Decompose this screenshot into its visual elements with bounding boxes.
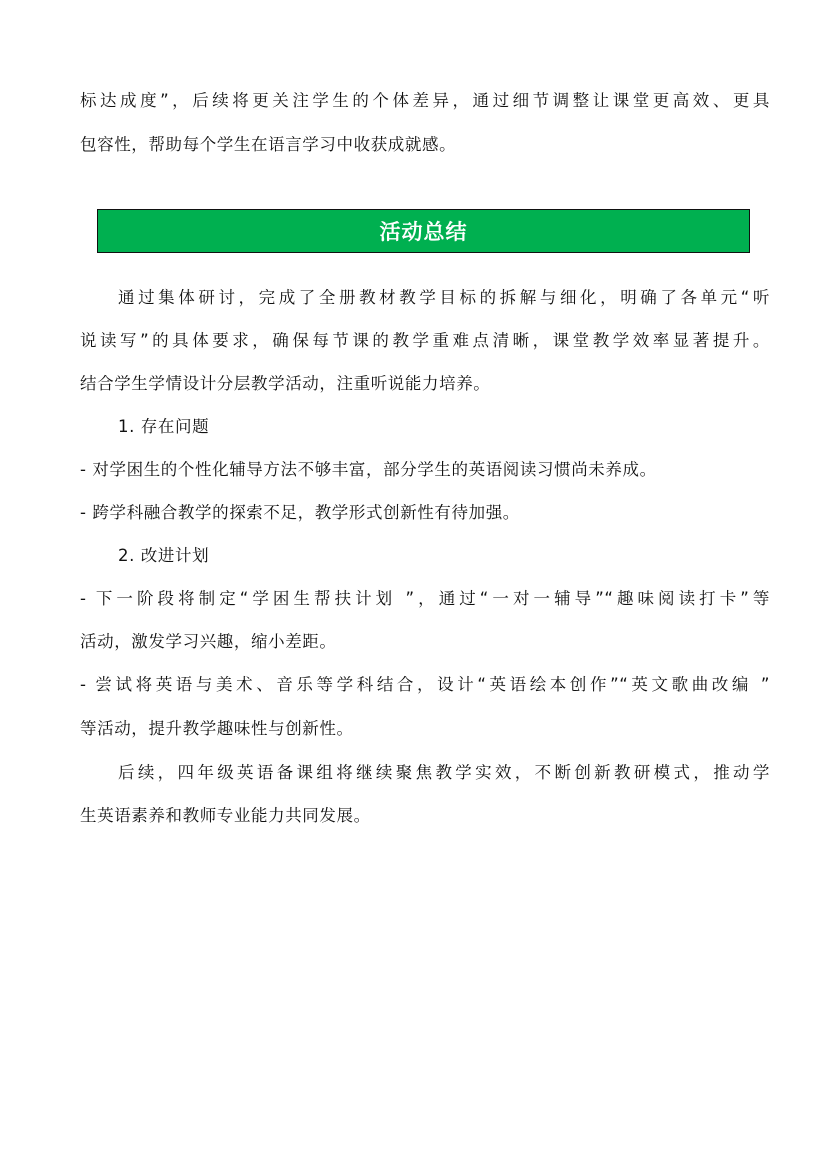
problem-item-2: - 跨学科融合教学的探索不足，教学形式创新性有待加强。 xyxy=(80,502,770,524)
plan-heading: 2. 改进计划 xyxy=(118,545,770,567)
summary-line-3: 结合学生学情设计分层教学活动，注重听说能力培养。 xyxy=(80,373,770,395)
closing-line-2: 生英语素养和教师专业能力共同发展。 xyxy=(80,805,770,827)
summary-line-2: 说读写”的具体要求，确保每节课的教学重难点清晰，课堂教学效率显著提升。 xyxy=(80,330,770,352)
intro-line-2: 包容性，帮助每个学生在语言学习中收获成就感。 xyxy=(80,134,770,156)
section-title: 活动总结 xyxy=(380,216,468,246)
problem-item-1: - 对学困生的个性化辅导方法不够丰富，部分学生的英语阅读习惯尚未养成。 xyxy=(80,459,770,481)
section-banner: 活动总结 xyxy=(97,209,750,253)
plan-line-2: 活动，激发学习兴趣，缩小差距。 xyxy=(80,631,770,653)
closing-line-1: 后续，四年级英语备课组将继续聚焦教学实效，不断创新教研模式，推动学 xyxy=(118,762,770,784)
summary-line-1: 通过集体研讨，完成了全册教材教学目标的拆解与细化，明确了各单元“听 xyxy=(118,287,770,309)
plan-line-3: - 尝试将英语与美术、音乐等学科结合，设计“英语绘本创作”“英文歌曲改编 ” xyxy=(80,674,770,696)
plan-line-1: - 下一阶段将制定“学困生帮扶计划 ”，通过“一对一辅导”“趣味阅读打卡”等 xyxy=(80,588,770,610)
intro-line-1: 标达成度”，后续将更关注学生的个体差异，通过细节调整让课堂更高效、更具 xyxy=(80,90,770,112)
problems-heading: 1. 存在问题 xyxy=(118,416,770,438)
plan-line-4: 等活动，提升教学趣味性与创新性。 xyxy=(80,718,770,740)
